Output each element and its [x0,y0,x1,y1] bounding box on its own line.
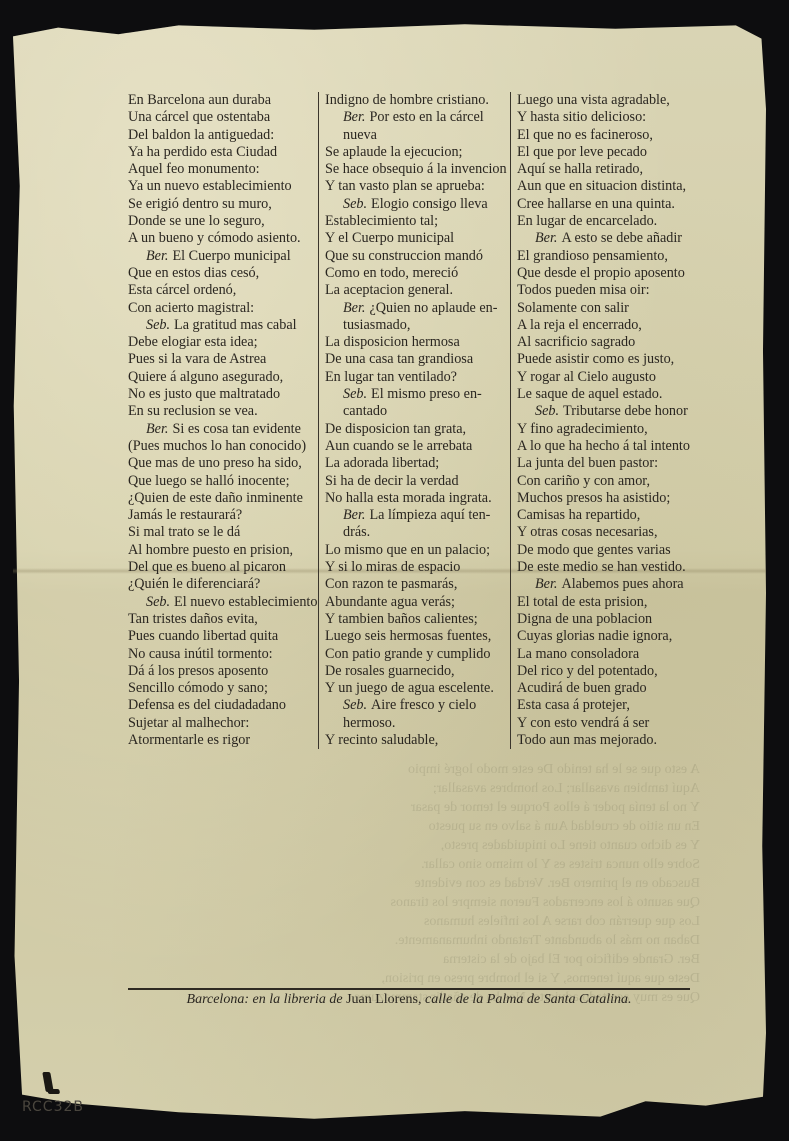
verse-line: No halla esta morada ingrata. [325,490,510,507]
verse-text: A esto se debe añadir [561,230,682,246]
verse-line: Con acierto magistral: [128,300,318,317]
verse-text: Del que es bueno al picaron [128,559,286,575]
verse-text: Le saque de aquel estado. [517,386,662,402]
verse-text: Abundante agua verás; [325,594,455,610]
verse-text: Con razon te pasmarás, [325,576,457,592]
verse-line: Esta cárcel ordenó, [128,282,318,299]
verse-line: Luego una vista agradable, [517,92,698,109]
verse-text: La límpieza aquí ten- [369,507,490,523]
verse-line: En lugar tan ventilado? [325,369,510,386]
verse-text: Debe elogiar esta idea; [128,334,258,350]
verse-line: Como en todo, mereció [325,265,510,282]
verse-line: Ya ha perdido esta Ciudad [128,144,318,161]
verse-line: Que mas de uno preso ha sido, [128,455,318,472]
verse-text: De modo que gentes varias [517,542,671,558]
verse-text: Aire fresco y cielo [371,697,476,713]
verse-line: Que su construccion mandó [325,248,510,265]
verse-line: Muchos presos ha asistido; [517,490,698,507]
verse-text: Lo mismo que en un palacio; [325,542,490,558]
verse-line: Pues cuando libertad quita [128,628,318,645]
verse-line: hermoso. [325,715,510,732]
speaker-label: Ber. [146,421,168,437]
speaker-label: Ber. [146,248,168,264]
verse-text: Sujetar al malhechor: [128,715,249,731]
verse-text: De disposicion tan grata, [325,421,466,437]
verse-text: Se erigió dentro su muro, [128,196,272,212]
verse-line: Se erigió dentro su muro, [128,196,318,213]
verse-line: La junta del buen pastor: [517,455,698,472]
verse-line: Seb.Tributarse debe honor [517,403,698,420]
verse-line: En su reclusion se vea. [128,403,318,420]
verse-line: Al sacrificio sagrado [517,334,698,351]
imprint: Barcelona: en la libreria de Juan Lloren… [128,992,690,1008]
verse-text: Aquí se halla retirado, [517,161,643,177]
verse-text: Una cárcel que ostentaba [128,109,270,125]
verse-line: De este medio se han vestido. [517,559,698,576]
verse-text: nueva [343,127,377,143]
verse-text: tusiasmado, [343,317,410,333]
verse-line: Aun que en situacion distinta, [517,178,698,195]
verse-text: Esta casa á protejer, [517,697,630,713]
verse-line: Defensa es del ciudadadano [128,697,318,714]
verse-text: (Pues muchos lo han conocido) [128,438,306,454]
verse-text: No halla esta morada ingrata. [325,490,492,506]
verse-text: La mano consoladora [517,646,639,662]
verse-line: Puede asistir como es justo, [517,351,698,368]
verse-line: Al hombre puesto en prision, [128,542,318,559]
imprint-prefix: en la libreria de [252,992,342,1007]
verse-text: Cree hallarse en una quinta. [517,196,675,212]
verse-line: Digna de una poblacion [517,611,698,628]
verse-line: A un bueno y cómodo asiento. [128,230,318,247]
verse-text: La junta del buen pastor: [517,455,658,471]
verse-text: Puede asistir como es justo, [517,351,674,367]
verse-text: Indigno de hombre cristiano. [325,92,489,108]
verse-text: Y tan vasto plan se aprueba: [325,178,485,194]
verse-text: Y si lo miras de espacio [325,559,460,575]
verse-text: En Barcelona aun duraba [128,92,271,108]
verse-line: Ya un nuevo establecimiento [128,178,318,195]
verse-line: Le saque de aquel estado. [517,386,698,403]
verse-text: ¿Quien de este daño inminente [128,490,303,506]
verse-text: Establecimiento tal; [325,213,438,229]
verse-line: En Barcelona aun duraba [128,92,318,109]
verse-text: La disposicion hermosa [325,334,460,350]
verse-text: Y tambien baños calientes; [325,611,478,627]
verse-text: Defensa es del ciudadadano [128,697,286,713]
verse-text: No causa inútil tormento: [128,646,273,662]
verse-line: De una casa tan grandiosa [325,351,510,368]
verse-line: Acudirá de buen grado [517,680,698,697]
verse-line: Del baldon la antiguedad: [128,127,318,144]
verse-line: Y hasta sitio delicioso: [517,109,698,126]
verse-text: ¿Quién le diferenciará? [128,576,260,592]
verse-line: ¿Quién le diferenciará? [128,576,318,593]
verse-text: Al sacrificio sagrado [517,334,635,350]
verse-text: Dá á los presos aposento [128,663,268,679]
verse-line: No es justo que maltratado [128,386,318,403]
verse-text: Del baldon la antiguedad: [128,127,274,143]
verse-line: El total de esta prision, [517,594,698,611]
verse-line: Y el Cuerpo municipal [325,230,510,247]
verse-text: Como en todo, mereció [325,265,458,281]
verse-line: Seb.El mismo preso en- [325,386,510,403]
verse-text: A lo que ha hecho á tal intento [517,438,690,454]
verse-text: Y rogar al Cielo augusto [517,369,656,385]
verse-text: ¿Quien no aplaude en- [369,300,497,316]
verse-text: Al hombre puesto en prision, [128,542,293,558]
verse-text: cantado [343,403,387,419]
verse-text: Jamás le restaurará? [128,507,242,523]
verse-line: Y si lo miras de espacio [325,559,510,576]
verse-line: Que en estos dias cesó, [128,265,318,282]
verse-text: Camisas ha repartido, [517,507,640,523]
verse-text: Aun que en situacion distinta, [517,178,686,194]
verse-line: Pues si la vara de Astrea [128,351,318,368]
verse-text: Pues si la vara de Astrea [128,351,266,367]
verse-line: Y un juego de agua escelente. [325,680,510,697]
verse-line: Tan tristes daños evita, [128,611,318,628]
verse-text: De una casa tan grandiosa [325,351,473,367]
verse-text: Y un juego de agua escelente. [325,680,494,696]
verse-line: Seb.El nuevo establecimiento [128,594,318,611]
verse-text: Si ha de decir la verdad [325,473,459,489]
verse-line: El que por leve pecado [517,144,698,161]
verse-line: drás. [325,524,510,541]
verse-text: Si es cosa tan evidente [172,421,300,437]
verse-line: Ber.Alabemos pues ahora [517,576,698,593]
verse-line: ¿Quien de este daño inminente [128,490,318,507]
verse-text: A la reja el encerrado, [517,317,642,333]
speaker-label: Seb. [343,386,367,402]
verse-text: Y hasta sitio delicioso: [517,109,646,125]
verse-text: Por esto en la cárcel [369,109,483,125]
verse-text: Aquel feo monumento: [128,161,260,177]
verse-text: Se hace obsequio á la invencion [325,161,507,177]
verse-line: Dá á los presos aposento [128,663,318,680]
verse-text: El que no es facineroso, [517,127,653,143]
verse-text: En lugar tan ventilado? [325,369,457,385]
verse-line: Quiere á alguno asegurado, [128,369,318,386]
verse-text: En lugar de encarcelado. [517,213,657,229]
verse-line: cantado [325,403,510,420]
verse-text: Ya ha perdido esta Ciudad [128,144,277,160]
speaker-label: Seb. [343,697,367,713]
verse-text: Quiere á alguno asegurado, [128,369,283,385]
verse-line: Que luego se halló inocente; [128,473,318,490]
verse-text: Que mas de uno preso ha sido, [128,455,302,471]
verse-line: Con razon te pasmarás, [325,576,510,593]
verse-line: Ber.A esto se debe añadir [517,230,698,247]
verse-text: La adorada libertad; [325,455,439,471]
verse-text: Sencillo cómodo y sano; [128,680,268,696]
verse-line: Con cariño y con amor, [517,473,698,490]
verse-line: El que no es facineroso, [517,127,698,144]
verse-line: Donde se une lo seguro, [128,213,318,230]
verse-line: Ber.El Cuerpo municipal [128,248,318,265]
verse-line: Luego seis hermosas fuentes, [325,628,510,645]
verse-text: El mismo preso en- [371,386,482,402]
verse-text: Solamente con salir [517,300,629,316]
verse-text: Y con esto vendrá á ser [517,715,649,731]
verse-line: Aquí se halla retirado, [517,161,698,178]
verse-line: Ber.Si es cosa tan evidente [128,421,318,438]
imprint-rule [128,988,690,990]
speaker-label: Ber. [343,109,365,125]
speaker-label: Ber. [535,230,557,246]
imprint-printer: Juan Llorens, [346,992,421,1007]
verse-text: De este medio se han vestido. [517,559,686,575]
verse-text: Se aplaude la ejecucion; [325,144,462,160]
verse-line: Jamás le restaurará? [128,507,318,524]
verse-text: Elogio consigo lleva [371,196,488,212]
verse-line: La adorada libertad; [325,455,510,472]
verse-line: Si mal trato se le dá [128,524,318,541]
verse-line: Que desde el propio aposento [517,265,698,282]
verse-line: Y con esto vendrá á ser [517,715,698,732]
verse-line: Todos pueden misa oir: [517,282,698,299]
verse-text: Con cariño y con amor, [517,473,650,489]
imprint-address: calle de la Palma de Santa Catalina. [425,992,631,1007]
verse-text: Atormentarle es rigor [128,732,250,748]
verse-line: De modo que gentes varias [517,542,698,559]
verse-line: Aun cuando se le arrebata [325,438,510,455]
verse-text: Que su construccion mandó [325,248,483,264]
verse-line: Abundante agua verás; [325,594,510,611]
verse-text: El grandioso pensamiento, [517,248,668,264]
verse-text: No es justo que maltratado [128,386,280,402]
verse-line: Solamente con salir [517,300,698,317]
speaker-label: Seb. [146,594,170,610]
verse-text: Con patio grande y cumplido [325,646,491,662]
verse-line: Ber.Por esto en la cárcel [325,109,510,126]
verse-line: Si ha de decir la verdad [325,473,510,490]
verse-line: La aceptacion general. [325,282,510,299]
verse-text: Y fino agradecimiento, [517,421,648,437]
verse-line: Cree hallarse en una quinta. [517,196,698,213]
speaker-label: Seb. [146,317,170,333]
verse-text: Cuyas glorias nadie ignora, [517,628,672,644]
verse-line: Todo aun mas mejorado. [517,732,698,749]
verse-text: De rosales guarnecido, [325,663,455,679]
verse-text: Muchos presos ha asistido; [517,490,670,506]
verse-column-1: En Barcelona aun durabaUna cárcel que os… [128,92,318,749]
verse-line: Seb.Elogio consigo lleva [325,196,510,213]
verse-text: El total de esta prision, [517,594,647,610]
verse-line: De rosales guarnecido, [325,663,510,680]
verse-line: Debe elogiar esta idea; [128,334,318,351]
verse-line: A la reja el encerrado, [517,317,698,334]
verse-column-3: Luego una vista agradable,Y hasta sitio … [510,92,698,749]
verse-line: Se hace obsequio á la invencion [325,161,510,178]
verse-line: En lugar de encarcelado. [517,213,698,230]
verse-line: Ber.La límpieza aquí ten- [325,507,510,524]
verse-line: Lo mismo que en un palacio; [325,542,510,559]
verse-column-2: Indigno de hombre cristiano.Ber.Por esto… [318,92,510,749]
verse-text: En su reclusion se vea. [128,403,258,419]
verse-text: Que en estos dias cesó, [128,265,259,281]
verse-text: La aceptacion general. [325,282,453,298]
verse-line: Atormentarle es rigor [128,732,318,749]
verse-line: Y tambien baños calientes; [325,611,510,628]
verse-line: Y recinto saludable, [325,732,510,749]
verse-text: El Cuerpo municipal [172,248,290,264]
verse-line: A lo que ha hecho á tal intento [517,438,698,455]
verse-line: Del que es bueno al picaron [128,559,318,576]
verse-line: Ber.¿Quien no aplaude en- [325,300,510,317]
verse-text: Esta cárcel ordenó, [128,282,236,298]
verse-line: Sujetar al malhechor: [128,715,318,732]
imprint-place: Barcelona: [187,992,249,1007]
verse-text: hermoso. [343,715,395,731]
verse-text: Que luego se halló inocente; [128,473,290,489]
shelfmark: RCC32B [22,1099,84,1115]
verse-line: Con patio grande y cumplido [325,646,510,663]
verse-text: Y el Cuerpo municipal [325,230,454,246]
verse-text: El que por leve pecado [517,144,647,160]
verse-line: El grandioso pensamiento, [517,248,698,265]
verse-line: Del rico y del potentado, [517,663,698,680]
verse-line: Seb.La gratitud mas cabal [128,317,318,334]
verse-text: La gratitud mas cabal [174,317,297,333]
verse-text: Si mal trato se le dá [128,524,240,540]
verse-line: Sencillo cómodo y sano; [128,680,318,697]
verse-text: Alabemos pues ahora [561,576,683,592]
speaker-label: Ber. [343,507,365,523]
verse-text: Ya un nuevo establecimiento [128,178,292,194]
verse-text: Tan tristes daños evita, [128,611,258,627]
speaker-label: Seb. [535,403,559,419]
verse-text: drás. [343,524,370,540]
verse-columns: En Barcelona aun durabaUna cárcel que os… [128,92,698,749]
speaker-label: Seb. [343,196,367,212]
verse-line: Se aplaude la ejecucion; [325,144,510,161]
verse-text: Acudirá de buen grado [517,680,647,696]
verse-text: Todos pueden misa oir: [517,282,650,298]
verse-text: Con acierto magistral: [128,300,254,316]
verse-line: De disposicion tan grata, [325,421,510,438]
verse-text: Luego una vista agradable, [517,92,670,108]
verse-line: La disposicion hermosa [325,334,510,351]
verse-text: Que desde el propio aposento [517,265,685,281]
speaker-label: Ber. [343,300,365,316]
verse-text: El nuevo establecimiento [174,594,317,610]
verse-text: Pues cuando libertad quita [128,628,278,644]
verse-line: Una cárcel que ostentaba [128,109,318,126]
verse-line: No causa inútil tormento: [128,646,318,663]
verse-line: Establecimiento tal; [325,213,510,230]
verse-text: Aun cuando se le arrebata [325,438,472,454]
verse-line: Y rogar al Cielo augusto [517,369,698,386]
scanned-page: A esto que se le ha tenido De este modo … [0,0,789,1141]
verse-text: Tributarse debe honor [563,403,688,419]
verse-text: Donde se une lo seguro, [128,213,265,229]
verse-text: Todo aun mas mejorado. [517,732,657,748]
verse-line: Cuyas glorias nadie ignora, [517,628,698,645]
verse-line: Y otras cosas necesarias, [517,524,698,541]
verse-text: Luego seis hermosas fuentes, [325,628,491,644]
verse-line: Seb.Aire fresco y cielo [325,697,510,714]
verse-text: Del rico y del potentado, [517,663,658,679]
verse-line: Indigno de hombre cristiano. [325,92,510,109]
verse-text: Y otras cosas necesarias, [517,524,658,540]
verse-text: Digna de una poblacion [517,611,652,627]
verse-line: Esta casa á protejer, [517,697,698,714]
verse-line: Y tan vasto plan se aprueba: [325,178,510,195]
verse-line: tusiasmado, [325,317,510,334]
verse-text: Y recinto saludable, [325,732,438,748]
verse-text: A un bueno y cómodo asiento. [128,230,301,246]
speaker-label: Ber. [535,576,557,592]
verse-line: nueva [325,127,510,144]
verse-line: Aquel feo monumento: [128,161,318,178]
verse-line: (Pues muchos lo han conocido) [128,438,318,455]
verse-line: Camisas ha repartido, [517,507,698,524]
verse-line: Y fino agradecimiento, [517,421,698,438]
verse-line: La mano consoladora [517,646,698,663]
